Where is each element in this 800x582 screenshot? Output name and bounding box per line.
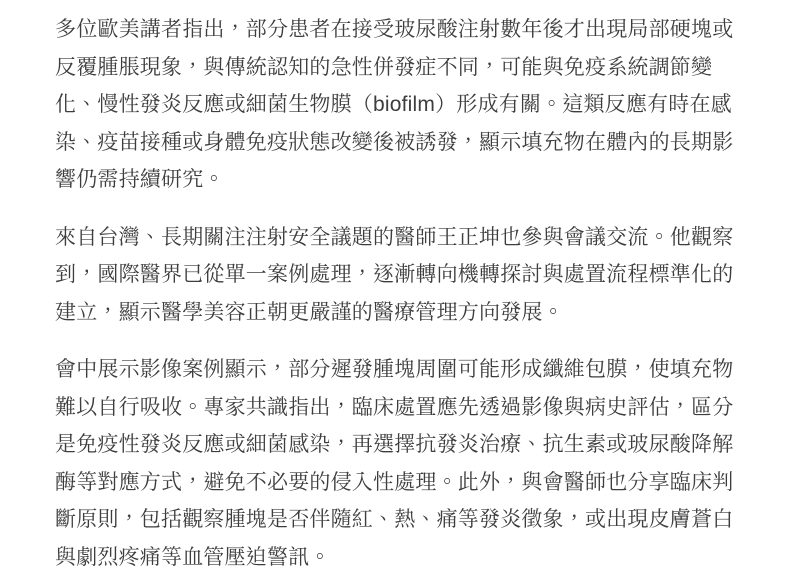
article-body: 多位歐美講者指出，部分患者在接受玻尿酸注射數年後才出現局部硬塊或反覆腫脹現象，與… [0, 0, 800, 576]
article-paragraph-3: 會中展示影像案例顯示，部分遲發腫塊周圍可能形成纖維包膜，使填充物難以自行吸收。專… [55, 351, 749, 576]
article-paragraph-2: 來自台灣、長期關注注射安全議題的醫師王正坤也參與會議交流。他觀察到，國際醫界已從… [55, 219, 749, 332]
article-paragraph-1: 多位歐美講者指出，部分患者在接受玻尿酸注射數年後才出現局部硬塊或反覆腫脹現象，與… [55, 11, 749, 199]
